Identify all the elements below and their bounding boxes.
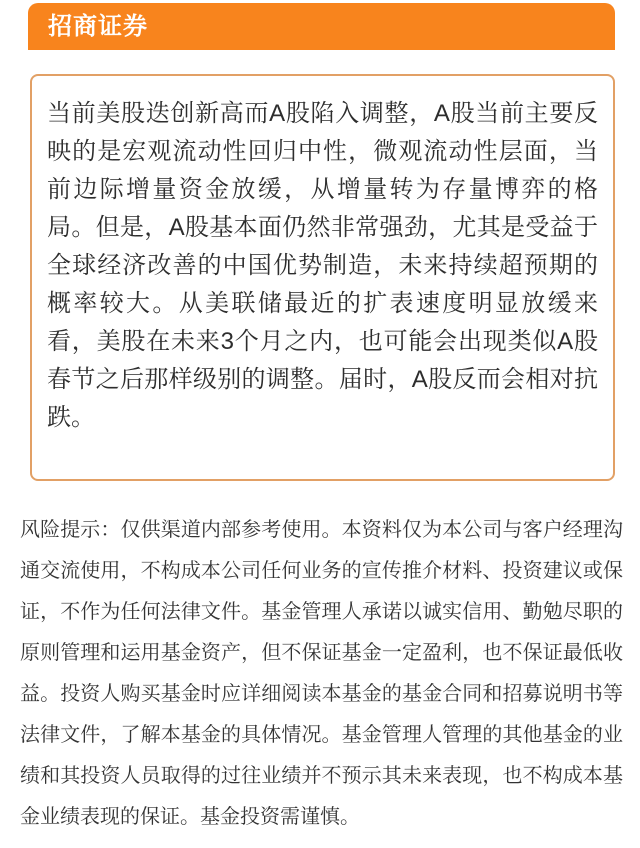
brand-header: 招商证券: [28, 3, 615, 50]
brand-title: 招商证券: [48, 15, 148, 39]
market-commentary-text: 当前美股迭创新高而A股陷入调整，A股当前主要反映的是宏观流动性回归中性，微观流动…: [47, 95, 598, 437]
risk-disclaimer-section: 风险提示：仅供渠道内部参考使用。本资料仅为本公司与客户经理沟通交流使用，不构成本…: [20, 510, 623, 838]
risk-disclaimer-text: 风险提示：仅供渠道内部参考使用。本资料仅为本公司与客户经理沟通交流使用，不构成本…: [20, 510, 623, 838]
market-commentary-box: 当前美股迭创新高而A股陷入调整，A股当前主要反映的是宏观流动性回归中性，微观流动…: [30, 74, 615, 481]
